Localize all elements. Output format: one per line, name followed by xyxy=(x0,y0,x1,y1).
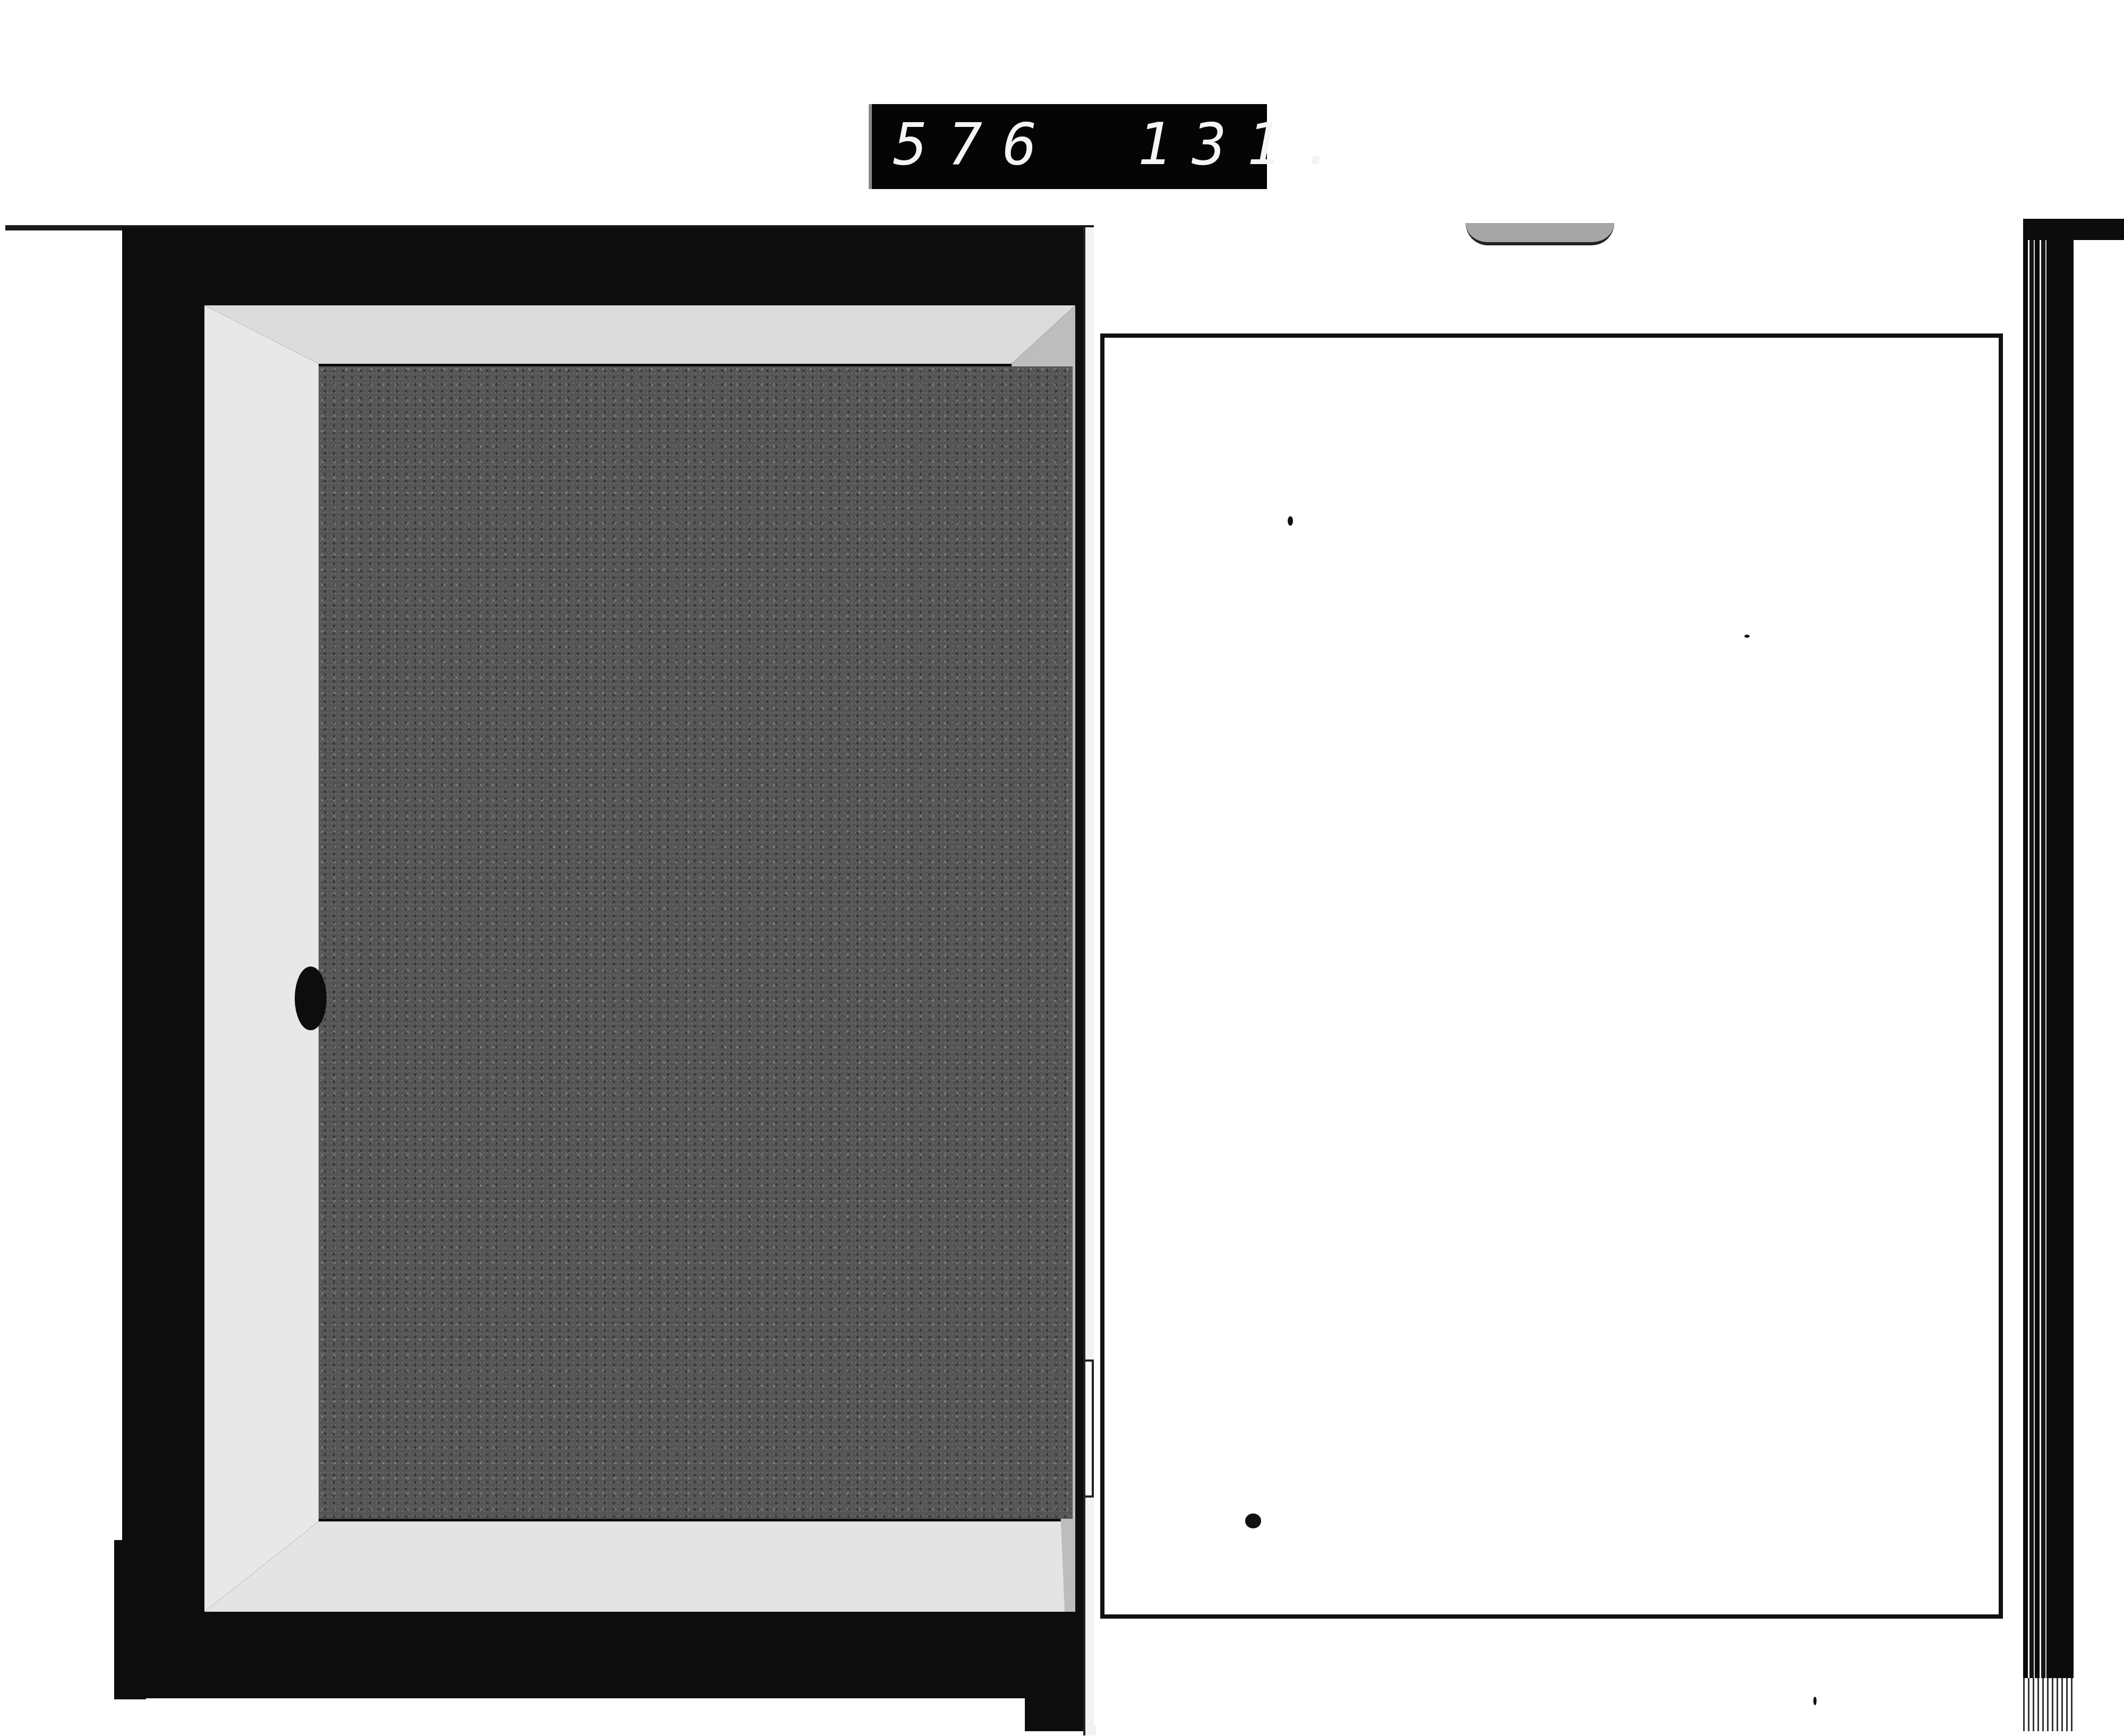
speck xyxy=(1813,1697,1817,1705)
reel-number: 576 xyxy=(893,116,1057,174)
speck xyxy=(1245,1513,1261,1528)
page-block-fringe xyxy=(2023,1678,2074,1731)
cover-left-edge xyxy=(114,1540,146,1699)
film-label: 576 131. xyxy=(869,104,1267,189)
speck xyxy=(1744,635,1750,638)
ink-blot xyxy=(295,967,327,1030)
page-block-top xyxy=(2023,219,2124,240)
page-top-shadow xyxy=(1466,223,1614,245)
page-ruled-border xyxy=(1100,333,2003,1619)
speck xyxy=(1288,516,1293,526)
gutter-tab xyxy=(1083,1359,1094,1498)
cover-bottom-edge xyxy=(1025,1646,1091,1731)
page-block-shadow xyxy=(2050,219,2074,1679)
marbled-panel xyxy=(319,366,1073,1519)
frame-number: 131. xyxy=(1137,116,1356,174)
